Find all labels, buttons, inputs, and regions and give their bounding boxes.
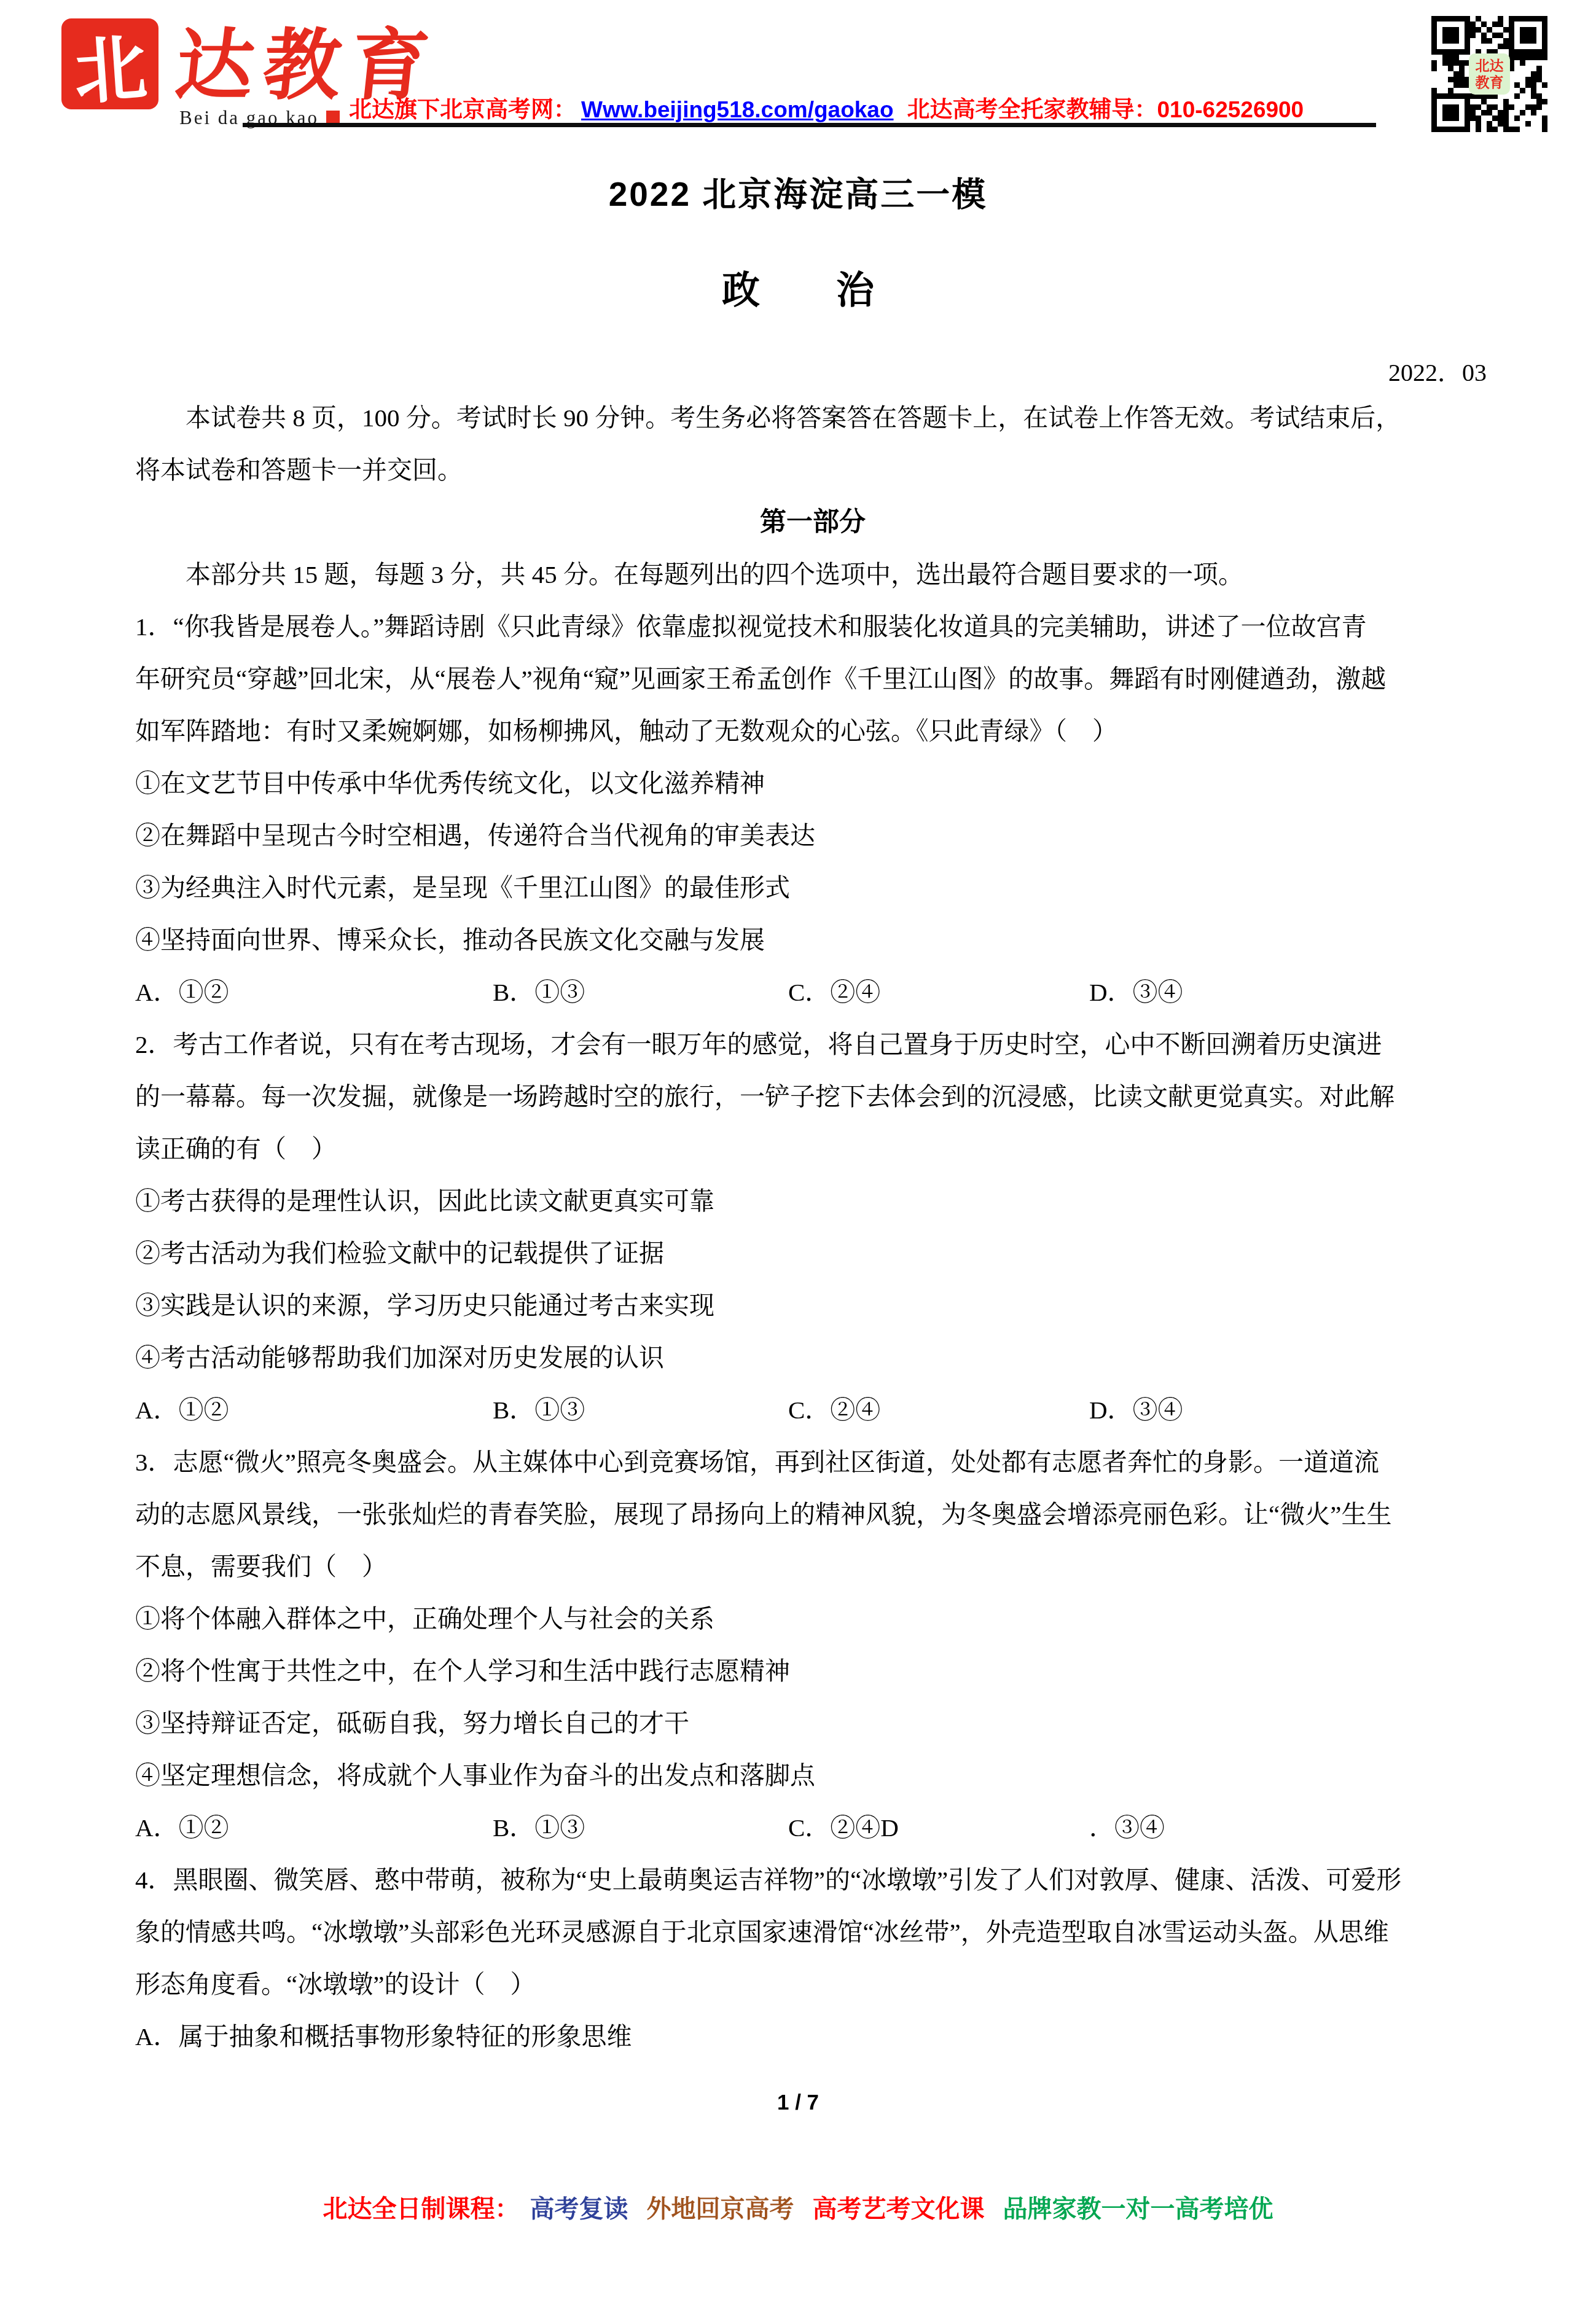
option-b: B．①③ bbox=[493, 1802, 585, 1854]
statement-2: ②在舞蹈中呈现古今时空相遇，传递符合当代视角的审美表达 bbox=[135, 810, 1490, 862]
page-number: 1 / 7 bbox=[0, 2091, 1596, 2115]
header-divider bbox=[243, 123, 1376, 127]
qr-finder-icon bbox=[1509, 16, 1547, 55]
option-c: C．②④ bbox=[788, 1384, 880, 1436]
page-title: 2022 北京海淀高三一模 bbox=[0, 167, 1596, 216]
option-b: B．①③ bbox=[493, 1384, 585, 1436]
seal-character: 北 bbox=[70, 9, 150, 119]
stem-line: 的一幕幕。每一次发掘，就像是一场跨越时空的旅行，一铲子挖下去体会到的沉浸感，比读… bbox=[135, 1071, 1490, 1123]
qr-center-label: 北达 教育 bbox=[1469, 53, 1510, 95]
statement-4: ④坚定理想信念，将成就个人事业作为奋斗的出发点和落脚点 bbox=[135, 1750, 1490, 1802]
statement-1: ①在文艺节目中传承中华优秀传统文化，以文化滋养精神 bbox=[135, 757, 1490, 810]
section-note: 本部分共 15 题，每题 3 分，共 45 分。在每题列出的四个选项中，选出最符… bbox=[135, 549, 1490, 601]
intro-line: 本试卷共 8 页，100 分。考试时长 90 分钟。考生务必将答案答在答题卡上，… bbox=[135, 392, 1490, 444]
question-3: 3．志愿“微火”照亮冬奥盛会。从主媒体中心到竞赛场馆，再到社区街道，处处都有志愿… bbox=[135, 1436, 1490, 1854]
stem-line: 形态角度看。“冰墩墩”的设计（ ） bbox=[135, 1958, 1490, 2011]
option-a: A．①② bbox=[135, 966, 229, 1019]
options-row: A．①② B．①③ C．②④D ．③④ bbox=[135, 1802, 1490, 1854]
promo-label: 北达全日制课程： bbox=[323, 2196, 520, 2223]
subject-title: 政 治 bbox=[0, 260, 1596, 315]
option-a: A．①② bbox=[135, 1384, 229, 1436]
footer-promo-line: 北达全日制课程：高考复读外地回京高考高考艺考文化课品牌家教一对一高考培优 bbox=[0, 2189, 1596, 2224]
site-url-link[interactable]: Www.beijing518.com/gaokao bbox=[581, 97, 894, 122]
question-4: 4．黑眼圈、微笑唇、憨中带萌，被称为“史上最萌奥运吉祥物”的“冰墩墩”引发了人们… bbox=[135, 1854, 1490, 2063]
stem-line: 读正确的有（ ） bbox=[135, 1123, 1490, 1175]
stem-line: 3．志愿“微火”照亮冬奥盛会。从主媒体中心到竞赛场馆，再到社区街道，处处都有志愿… bbox=[135, 1436, 1490, 1488]
qr-finder-icon bbox=[1431, 93, 1470, 132]
promo-item: 外地回京高考 bbox=[647, 2196, 794, 2223]
promo-item: 品牌家教一对一高考培优 bbox=[1003, 2196, 1273, 2223]
tutoring-label: 北达高考全托家教辅导： bbox=[907, 97, 1157, 122]
exam-body: 本试卷共 8 页，100 分。考试时长 90 分钟。考生务必将答案答在答题卡上，… bbox=[135, 392, 1490, 2063]
exam-page: 北 达教育 Bei da gao kao 北达旗下北京高考网：Www.beiji… bbox=[0, 0, 1596, 2300]
option-a: A．①② bbox=[135, 1802, 229, 1854]
qr-label-line2: 教育 bbox=[1476, 74, 1504, 91]
qr-finder-icon bbox=[1431, 16, 1470, 55]
statement-1: ①将个体融入群体之中，正确处理个人与社会的关系 bbox=[135, 1593, 1490, 1645]
promo-item: 高考复读 bbox=[530, 2196, 628, 2223]
option-c: C．②④ bbox=[788, 966, 880, 1019]
section-heading: 第一部分 bbox=[135, 496, 1490, 549]
header-contact-line: 北达旗下北京高考网：Www.beijing518.com/gaokao北达高考全… bbox=[349, 91, 1304, 124]
option-d: D．③④ bbox=[1089, 966, 1183, 1019]
option-c: C．②④D bbox=[788, 1802, 899, 1854]
stem-line: 1．“你我皆是展卷人。”舞蹈诗剧《只此青绿》依靠虚拟视觉技术和服装化妆道具的完美… bbox=[135, 601, 1490, 653]
tutoring-phone: 010-62526900 bbox=[1157, 97, 1304, 122]
question-2: 2．考古工作者说，只有在考古现场，才会有一眼万年的感觉，将自己置身于历史时空，心… bbox=[135, 1019, 1490, 1436]
qr-label-line1: 北达 bbox=[1476, 58, 1504, 74]
option-d: ．③④ bbox=[1089, 1802, 1165, 1854]
brand-seal-logo: 北 bbox=[61, 18, 158, 109]
site-label: 北达旗下北京高考网： bbox=[349, 97, 576, 122]
statement-2: ②将个性寓于共性之中，在个人学习和生活中践行志愿精神 bbox=[135, 1645, 1490, 1697]
statement-4: ④坚持面向世界、博采众长，推动各民族文化交融与发展 bbox=[135, 914, 1490, 966]
options-row: A．①② B．①③ C．②④ D．③④ bbox=[135, 1384, 1490, 1436]
options-row: A．①② B．①③ C．②④ D．③④ bbox=[135, 966, 1490, 1019]
red-square-icon bbox=[326, 111, 340, 124]
stem-line: 2．考古工作者说，只有在考古现场，才会有一眼万年的感觉，将自己置身于历史时空，心… bbox=[135, 1019, 1490, 1071]
stem-line: 4．黑眼圈、微笑唇、憨中带萌，被称为“史上最萌奥运吉祥物”的“冰墩墩”引发了人们… bbox=[135, 1854, 1490, 1906]
question-1: 1．“你我皆是展卷人。”舞蹈诗剧《只此青绿》依靠虚拟视觉技术和服装化妆道具的完美… bbox=[135, 601, 1490, 1019]
stem-line: 年研究员“穿越”回北宋，从“展卷人”视角“窥”见画家王希孟创作《千里江山图》的故… bbox=[135, 653, 1490, 705]
promo-item: 高考艺考文化课 bbox=[813, 2196, 985, 2223]
option-d: D．③④ bbox=[1089, 1384, 1183, 1436]
option-a: A．属于抽象和概括事物形象特征的形象思维 bbox=[135, 2011, 1490, 2063]
stem-line: 不息，需要我们（ ） bbox=[135, 1541, 1490, 1593]
stem-line: 象的情感共鸣。“冰墩墩”头部彩色光环灵感源自于北京国家速滑馆“冰丝带”，外壳造型… bbox=[135, 1906, 1490, 1958]
statement-3: ③为经典注入时代元素，是呈现《千里江山图》的最佳形式 bbox=[135, 862, 1490, 914]
qr-code: 北达 教育 bbox=[1431, 16, 1547, 132]
exam-date: 2022．03 bbox=[1388, 353, 1487, 388]
statement-4: ④考古活动能够帮助我们加深对历史发展的认识 bbox=[135, 1332, 1490, 1384]
statement-3: ③坚持辩证否定，砥砺自我，努力增长自己的才干 bbox=[135, 1697, 1490, 1750]
statement-1: ①考古获得的是理性认识，因此比读文献更真实可靠 bbox=[135, 1175, 1490, 1227]
stem-line: 如军阵踏地：有时又柔婉婀娜，如杨柳拂风，触动了无数观众的心弦。《只此青绿》（ ） bbox=[135, 705, 1490, 757]
intro-line: 将本试卷和答题卡一并交回。 bbox=[135, 444, 1490, 496]
statement-2: ②考古活动为我们检验文献中的记载提供了证据 bbox=[135, 1227, 1490, 1280]
statement-3: ③实践是认识的来源，学习历史只能通过考古来实现 bbox=[135, 1280, 1490, 1332]
stem-line: 动的志愿风景线，一张张灿烂的青春笑脸，展现了昂扬向上的精神风貌，为冬奥盛会增添亮… bbox=[135, 1488, 1490, 1541]
option-b: B．①③ bbox=[493, 966, 585, 1019]
